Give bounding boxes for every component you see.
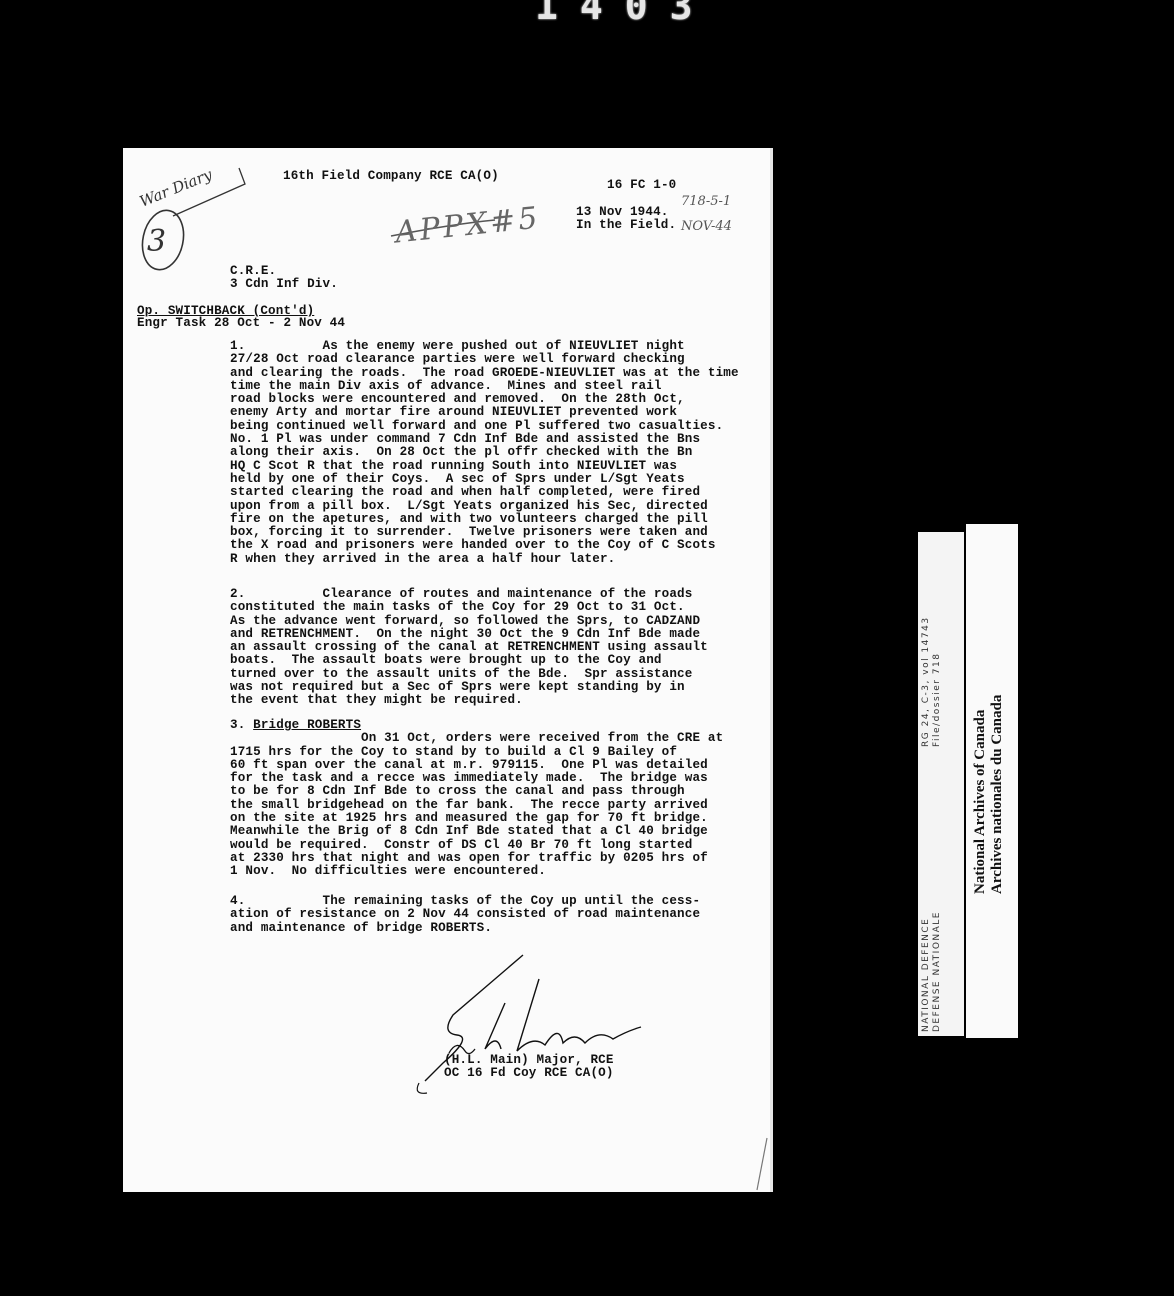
handwritten-circled-number: 3 [147, 224, 166, 259]
paragraph-line: and RETRENCHMENT. On the night 30 Oct th… [230, 628, 770, 641]
paragraph-line: being continued well forward and one Pl … [230, 420, 770, 433]
paragraph-1-line-1: 1. As the enemy were pushed out of NIEUV… [230, 340, 770, 353]
label-national-archives: National Archives of Canada Archives nat… [972, 695, 1006, 894]
label-line: File/dossier 718 [932, 616, 943, 747]
paragraph-line: boats. The assault boats were brought up… [230, 654, 770, 667]
film-frame-number: 1403 [535, 0, 755, 20]
paragraph-line: ation of resistance on 2 Nov 44 consiste… [230, 908, 770, 921]
paragraph-2-line-1: 2. Clearance of routes and maintenance o… [230, 588, 770, 601]
paragraph-line: the small bridgehead on the far bank. Th… [230, 799, 770, 812]
label-line: National Archives of Canada [972, 695, 989, 894]
paragraph-3: 3. Bridge ROBERTS On 31 Oct, orders were… [230, 719, 770, 879]
addressee-line-2: 3 Cdn Inf Div. [230, 278, 338, 291]
paragraph-3-heading: 3. Bridge ROBERTS [230, 719, 770, 732]
paragraph-line: held by one of their Coys. A sec of Sprs… [230, 473, 770, 486]
handwritten-month: NOV-44 [681, 219, 732, 234]
paragraph-line: road blocks were encountered and removed… [230, 393, 770, 406]
label-line: RG 24, C-3, vol 14743 [921, 616, 932, 747]
paragraph-line: 1715 hrs for the Coy to stand by to buil… [230, 746, 770, 759]
paragraph-line: HQ C Scot R that the road running South … [230, 460, 770, 473]
paragraph-line: R when they arrived in the area a half h… [230, 553, 770, 566]
paragraph-line: time the main Div axis of advance. Mines… [230, 380, 770, 393]
document-page: 16th Field Company RCE CA(O) 16 FC 1-0 1… [123, 148, 770, 1192]
archive-label-left: NATIONAL DEFENCE DEFENSE NATIONALE RG 24… [918, 532, 964, 1036]
label-line: Archives nationales du Canada [989, 695, 1006, 894]
label-national-defence: NATIONAL DEFENCE DEFENSE NATIONALE [921, 911, 943, 1032]
paragraph-line: enemy Arty and mortar fire around NIEUVL… [230, 406, 770, 419]
paragraph-4-line-1: 4. The remaining tasks of the Coy up unt… [230, 895, 770, 908]
label-line: NATIONAL DEFENCE [921, 911, 932, 1032]
paragraph-line: started clearing the road and when half … [230, 486, 770, 499]
paragraph-line: and maintenance of bridge ROBERTS. [230, 922, 770, 935]
label-reference: RG 24, C-3, vol 14743 File/dossier 718 [921, 616, 943, 747]
paragraph-line: on the site at 1925 hrs and measured the… [230, 812, 770, 825]
paragraph-line: an assault crossing of the canal at RETR… [230, 641, 770, 654]
paragraph-line: was not required but a Sec of Sprs were … [230, 681, 770, 694]
paragraph-line: to be for 8 Cdn Inf Bde to cross the can… [230, 785, 770, 798]
handwritten-file-ref: 718-5-1 [681, 194, 731, 209]
paragraph-line: upon from a pill box. L/Sgt Yeats organi… [230, 500, 770, 513]
paragraph-line: at 2330 hrs that night and was open for … [230, 852, 770, 865]
paragraph-line: No. 1 Pl was under command 7 Cdn Inf Bde… [230, 433, 770, 446]
paragraph-line: As the advance went forward, so followed… [230, 615, 770, 628]
paragraph-line: fire on the apetures, and with two volun… [230, 513, 770, 526]
paragraph-line: Meanwhile the Brig of 8 Cdn Inf Bde stat… [230, 825, 770, 838]
subject-subheading: Engr Task 28 Oct - 2 Nov 44 [137, 317, 345, 330]
signature-title: OC 16 Fd Coy RCE CA(O) [444, 1067, 614, 1080]
paragraph-line: constituted the main tasks of the Coy fo… [230, 601, 770, 614]
paragraph-3-line-1: On 31 Oct, orders were received from the… [230, 732, 770, 745]
paragraph-line: the event that they might be required. [230, 694, 770, 707]
archive-label-right: National Archives of Canada Archives nat… [966, 524, 1018, 1038]
paragraph-4: 4. The remaining tasks of the Coy up unt… [230, 895, 770, 935]
paragraph-1: 1. As the enemy were pushed out of NIEUV… [230, 340, 770, 566]
paragraph-line: box, forcing it to surrender. Twelve pri… [230, 526, 770, 539]
paragraph-line: 27/28 Oct road clearance parties were we… [230, 353, 770, 366]
paragraph-line: and clearing the roads. The road GROEDE-… [230, 367, 770, 380]
paragraph-line: turned over to the assault units of the … [230, 668, 770, 681]
paragraph-line: 1 Nov. No difficulties were encountered. [230, 865, 770, 878]
paragraph-line: 60 ft span over the canal at m.r. 979115… [230, 759, 770, 772]
paragraph-line: for the task and a recce was immediately… [230, 772, 770, 785]
label-line: DEFENSE NATIONALE [932, 911, 943, 1032]
paragraph-line: along their axis. On 28 Oct the pl offr … [230, 446, 770, 459]
paragraph-line: would be required. Constr of DS Cl 40 Br… [230, 839, 770, 852]
page-fold-mark [753, 1138, 773, 1192]
paragraph-2: 2. Clearance of routes and maintenance o… [230, 588, 770, 708]
paragraph-line: the X road and prisoners were handed ove… [230, 539, 770, 552]
